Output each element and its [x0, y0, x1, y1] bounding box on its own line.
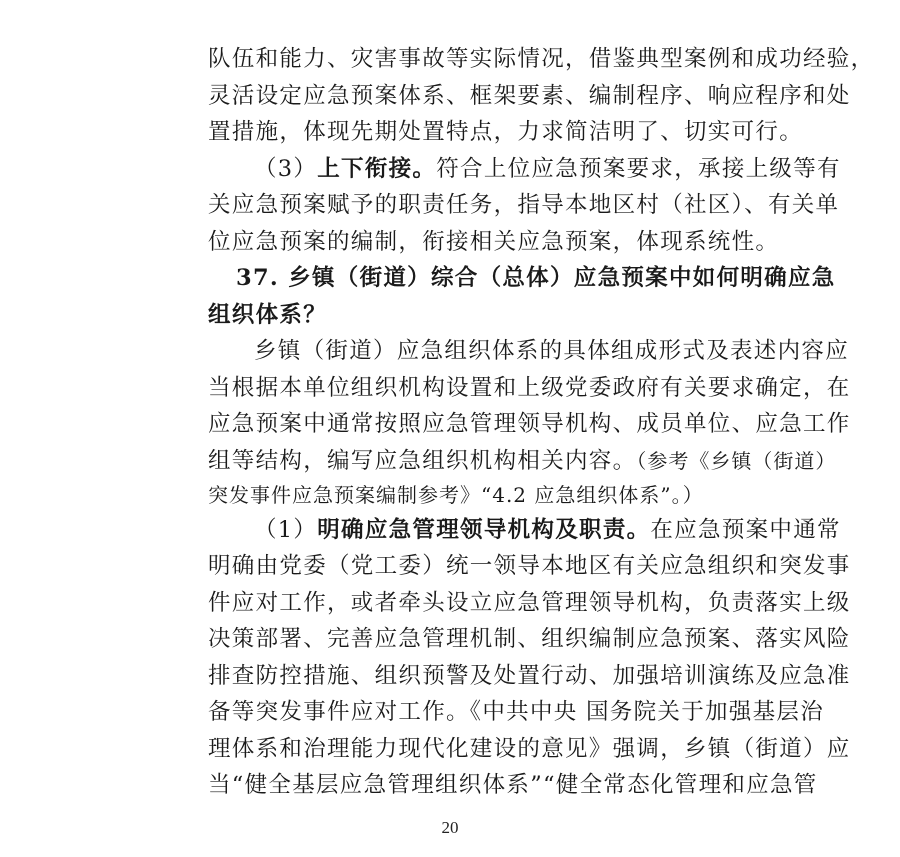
body-line: 件应对工作，或者牵头设立应急管理领导机构，负责落实上级: [208, 588, 694, 618]
list-number: （1）: [254, 517, 317, 543]
body-line: 决策部署、完善应急管理机制、组织编制应急预案、落实风险: [208, 624, 694, 654]
body-line: 理体系和治理能力现代化建设的意见》强调，乡镇（街道）应: [208, 734, 694, 764]
body-line: 关应急预案赋予的职责任务，指导本地区村（社区）、有关单: [208, 190, 694, 220]
text-span: 在应急预案中通常: [650, 517, 840, 543]
body-line: 队伍和能力、灾害事故等实际情况，借鉴典型案例和成功经验，: [208, 44, 694, 74]
page-number: 20: [0, 818, 900, 838]
question-title: 组织体系？: [208, 302, 327, 328]
list-item-title: 明确应急管理领导机构及职责。: [317, 517, 650, 543]
text-span: 符合上位应急预案要求，承接上级等有: [436, 156, 841, 182]
question-title: 37. 乡镇（街道）综合（总体）应急预案中如何明确应急: [236, 265, 836, 291]
text-span: 当根据本单位组织机构设置和上级党委政府有关要求确定，在: [208, 375, 851, 401]
reference-note: 突发事件应急预案编制参考》“4.2 应急组织体系”。）: [208, 483, 704, 507]
body-line: 位应急预案的编制，衔接相关应急预案，体现系统性。: [208, 227, 694, 257]
body-line: 当“健全基层应急管理组织体系”“健全常态化管理和应急管: [208, 770, 694, 800]
reference-note-line: 突发事件应急预案编制参考》“4.2 应急组织体系”。）: [208, 480, 694, 510]
text-span: 队伍和能力、灾害事故等实际情况，借鉴典型案例和成功经验，: [208, 46, 874, 72]
body-line: 置措施，体现先期处置特点，力求简洁明了、切实可行。: [208, 117, 694, 147]
body-line: 乡镇（街道）应急组织体系的具体组成形式及表述内容应: [254, 336, 694, 366]
text-span: 乡镇（街道）应急组织体系的具体组成形式及表述内容应: [254, 338, 849, 364]
document-page: 队伍和能力、灾害事故等实际情况，借鉴典型案例和成功经验， 灵活设定应急预案体系、…: [0, 0, 900, 857]
text-span: 件应对工作，或者牵头设立应急管理领导机构，负责落实上级: [208, 590, 851, 616]
list-item-heading-1: （1）明确应急管理领导机构及职责。在应急预案中通常: [254, 515, 694, 545]
text-span: 理体系和治理能力现代化建设的意见》强调，乡镇（街道）应: [208, 736, 851, 762]
body-line: 备等突发事件应对工作。《中共中央 国务院关于加强基层治: [208, 697, 694, 727]
text-span: 决策部署、完善应急管理机制、组织编制应急预案、落实风险: [208, 626, 851, 652]
body-line: 当根据本单位组织机构设置和上级党委政府有关要求确定，在: [208, 373, 694, 403]
text-span: 关应急预案赋予的职责任务，指导本地区村（社区）、有关单: [208, 192, 839, 218]
reference-note: （参考《乡镇（街道）: [636, 449, 836, 473]
list-number: （3）: [254, 156, 317, 182]
text-span: 置措施，体现先期处置特点，力求简洁明了、切实可行。: [208, 119, 803, 145]
body-line: 灵活设定应急预案体系、框架要素、编制程序、响应程序和处: [208, 81, 694, 111]
text-span: 排查防控措施、组织预警及处置行动、加强培训演练及应急准: [208, 663, 851, 689]
body-line: 组等结构，编写应急组织机构相关内容。（参考《乡镇（街道）: [208, 446, 694, 476]
text-span: 明确由党委（党工委）统一领导本地区有关应急组织和突发事: [208, 553, 851, 579]
question-heading: 37. 乡镇（街道）综合（总体）应急预案中如何明确应急: [236, 263, 694, 293]
text-span: 备等突发事件应对工作。《中共中央 国务院关于加强基层治: [208, 699, 824, 725]
text-span: 组等结构，编写应急组织机构相关内容。: [208, 448, 636, 474]
list-item-title: 上下衔接。: [317, 156, 436, 182]
body-line: 应急预案中通常按照应急管理领导机构、成员单位、应急工作: [208, 409, 694, 439]
body-line: 明确由党委（党工委）统一领导本地区有关应急组织和突发事: [208, 551, 694, 581]
text-span: 应急预案中通常按照应急管理领导机构、成员单位、应急工作: [208, 411, 851, 437]
text-span: 灵活设定应急预案体系、框架要素、编制程序、响应程序和处: [208, 83, 851, 109]
text-span: 当“健全基层应急管理组织体系”“健全常态化管理和应急管: [208, 772, 818, 798]
text-span: 位应急预案的编制，衔接相关应急预案，体现系统性。: [208, 229, 779, 255]
question-heading-cont: 组织体系？: [208, 300, 694, 330]
list-item-heading-3: （3）上下衔接。符合上位应急预案要求，承接上级等有: [254, 154, 694, 184]
body-line: 排查防控措施、组织预警及处置行动、加强培训演练及应急准: [208, 661, 694, 691]
